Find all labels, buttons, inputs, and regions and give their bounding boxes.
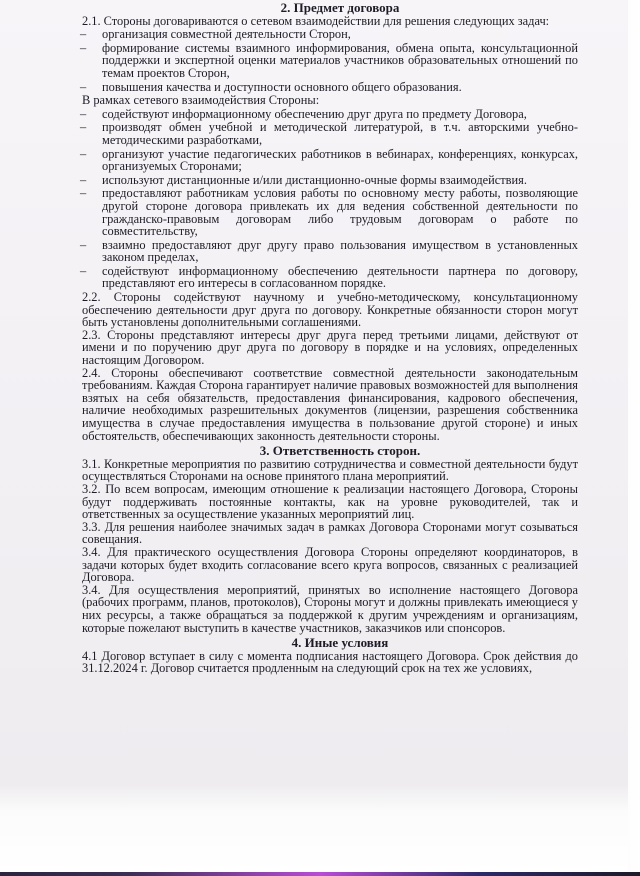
dash-bullet-icon: – bbox=[80, 42, 86, 55]
clause-3-1: 3.1. Конкретные мероприятия по развитию … bbox=[82, 458, 578, 483]
list-item: –организация совместной деятельности Сто… bbox=[82, 28, 578, 41]
dash-bullet-icon: – bbox=[80, 239, 86, 252]
network-intro: В рамках сетевого взаимодействия Стороны… bbox=[82, 94, 578, 107]
clause-2-1-intro: 2.1. Стороны договариваются о сетевом вз… bbox=[82, 15, 578, 28]
clause-3-4-coordinators: 3.4. Для практического осуществления Дог… bbox=[82, 546, 578, 584]
section-3-heading: 3. Ответственность сторон. bbox=[82, 445, 578, 458]
scanned-page: 2. Предмет договора 2.1. Стороны договар… bbox=[0, 0, 628, 872]
scan-edge bbox=[628, 0, 640, 876]
dash-bullet-icon: – bbox=[80, 81, 86, 94]
clause-2-4: 2.4. Стороны обеспечивают соответствие с… bbox=[82, 367, 578, 443]
list-item: –предоставляют работникам условия работы… bbox=[82, 187, 578, 237]
document-body: 2. Предмет договора 2.1. Стороны договар… bbox=[82, 2, 578, 675]
list-item: –организуют участие педагогических работ… bbox=[82, 148, 578, 173]
dash-bullet-icon: – bbox=[80, 148, 86, 161]
clause-3-2: 3.2. По всем вопросам, имеющим отношение… bbox=[82, 483, 578, 521]
dash-bullet-icon: – bbox=[80, 28, 86, 41]
clause-3-4-resources: 3.4. Для осуществления мероприятий, прин… bbox=[82, 584, 578, 634]
section-4-heading: 4. Иные условия bbox=[82, 637, 578, 650]
section-2-heading: 2. Предмет договора bbox=[82, 2, 578, 15]
scanner-bottom-edge bbox=[0, 872, 640, 876]
dash-bullet-icon: – bbox=[80, 187, 86, 200]
list-item: –взаимно предоставляют друг другу право … bbox=[82, 239, 578, 264]
dash-bullet-icon: – bbox=[80, 108, 86, 121]
clause-2-2: 2.2. Стороны содействуют научному и учеб… bbox=[82, 291, 578, 329]
clause-2-3: 2.3. Стороны представляют интересы друг … bbox=[82, 329, 578, 367]
list-item: –производят обмен учебной и методической… bbox=[82, 121, 578, 146]
dash-bullet-icon: – bbox=[80, 174, 86, 187]
dash-bullet-icon: – bbox=[80, 121, 86, 134]
tasks-list: –организация совместной деятельности Сто… bbox=[82, 28, 578, 93]
list-item: –содействуют информационному обеспечению… bbox=[82, 108, 578, 121]
dash-bullet-icon: – bbox=[80, 265, 86, 278]
clause-3-3: 3.3. Для решения наиболее значимых задач… bbox=[82, 521, 578, 546]
list-item: –используют дистанционные и/или дистанци… bbox=[82, 174, 578, 187]
list-item: –повышения качества и доступности основн… bbox=[82, 81, 578, 94]
clause-4-1: 4.1 Договор вступает в силу с момента по… bbox=[82, 650, 578, 675]
list-item: –формирование системы взаимного информир… bbox=[82, 42, 578, 80]
actions-list: –содействуют информационному обеспечению… bbox=[82, 108, 578, 290]
list-item: –содействуют информационному обеспечению… bbox=[82, 265, 578, 290]
